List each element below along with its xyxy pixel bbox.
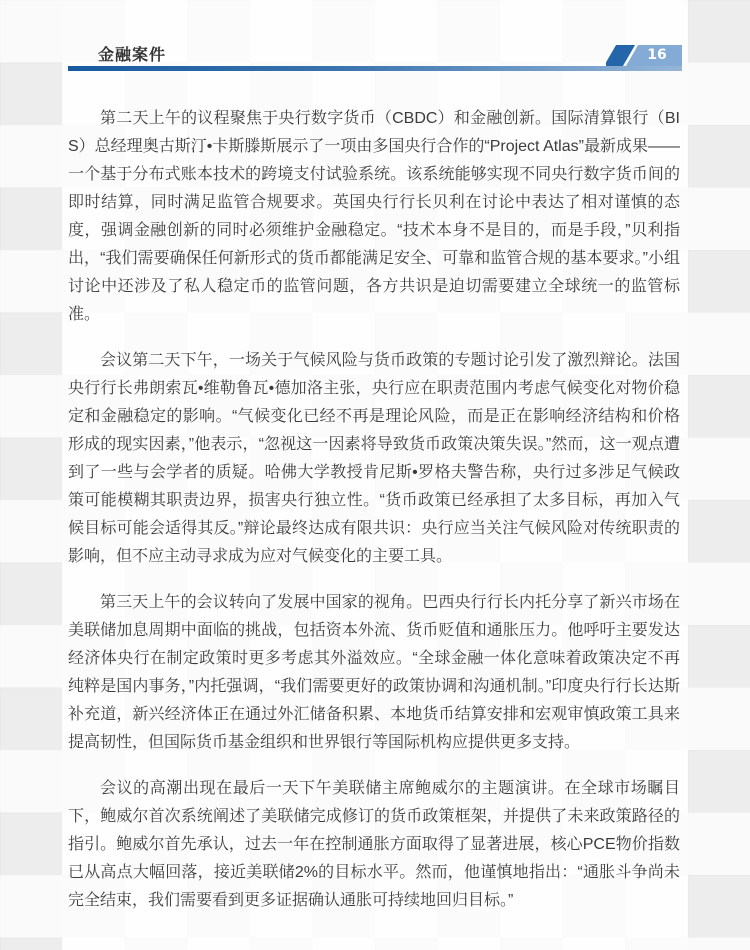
content-column: 金融案件 16 第二天上午的议程聚焦于央行数字货币（CBDC）和金融创新。国际清…: [62, 0, 688, 950]
page-title: 金融案件: [98, 45, 166, 66]
page-number-badge: 16: [606, 45, 682, 66]
document-body: 第二天上午的议程聚焦于央行数字货币（CBDC）和金融创新。国际清算银行（BIS）…: [62, 71, 688, 915]
header-row: 金融案件 16: [62, 44, 688, 66]
body-paragraph-4: 会议的高潮出现在最后一天下午美联储主席鲍威尔的主题演讲。在全球市场瞩目下，鲍威尔…: [68, 775, 680, 915]
body-paragraph-3: 第三天上午的会议转向了发展中国家的视角。巴西央行行长内托分享了新兴市场在美联储加…: [68, 589, 680, 757]
page-header: 金融案件 16: [62, 44, 688, 71]
page-number: 16: [632, 45, 682, 66]
body-paragraph-1: 第二天上午的议程聚焦于央行数字货币（CBDC）和金融创新。国际清算银行（BIS）…: [68, 105, 680, 329]
document-page: 金融案件 16 第二天上午的议程聚焦于央行数字货币（CBDC）和金融创新。国际清…: [0, 0, 750, 950]
body-paragraph-2: 会议第二天下午，一场关于气候风险与货币政策的专题讨论引发了激烈辩论。法国央行行长…: [68, 347, 680, 571]
